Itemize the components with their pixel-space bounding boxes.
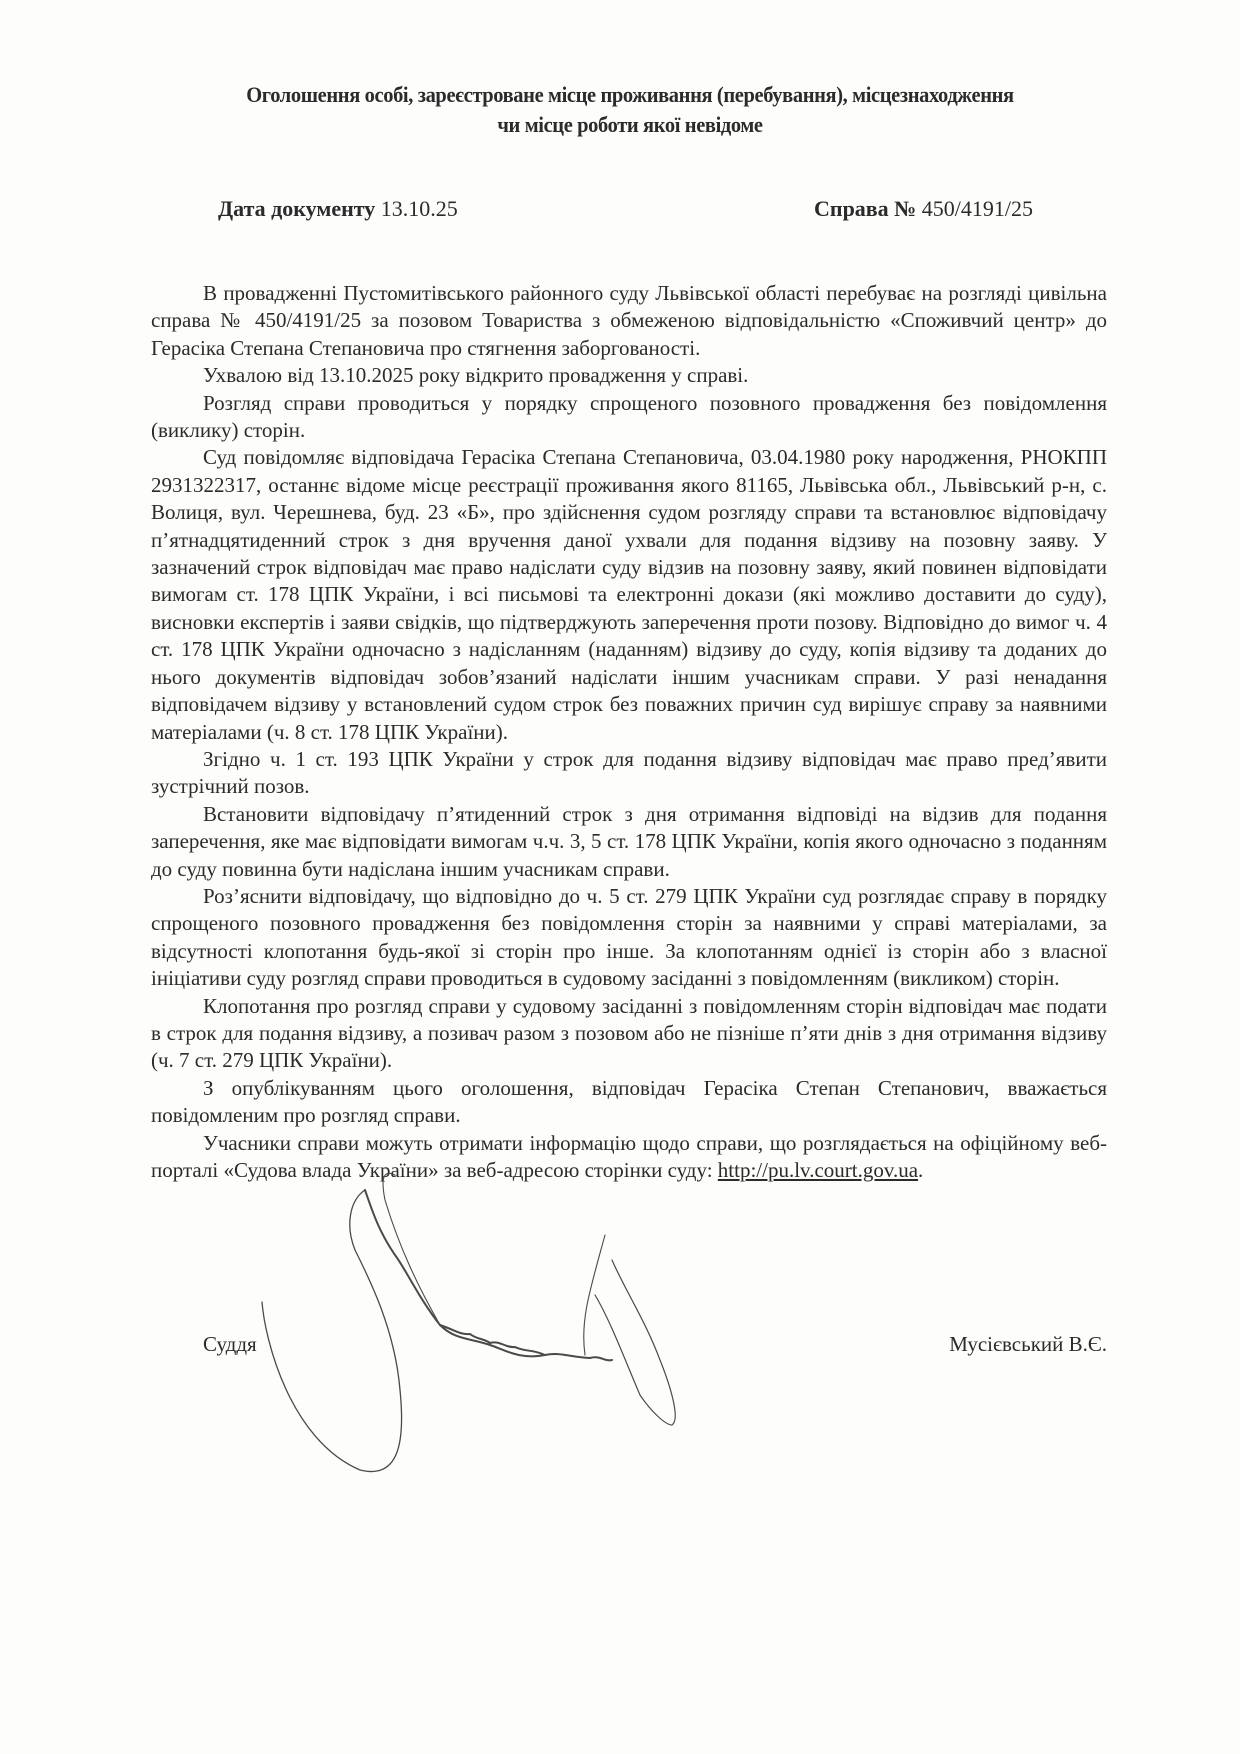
document-body: В провадженні Пустомитівського районного… — [151, 280, 1107, 1184]
paragraph: З опублікуванням цього оголошення, відпо… — [151, 1075, 1107, 1130]
paragraph-end: . — [918, 1158, 923, 1182]
case-number: Справа № 450/4191/25 — [814, 195, 1033, 223]
paragraph-text: Учасники справи можуть отримати інформац… — [151, 1131, 1107, 1182]
paragraph: Згідно ч. 1 ст. 193 ЦПК України у строк … — [151, 746, 1107, 801]
date-value: 13.10.25 — [381, 196, 458, 221]
document-title: Оголошення особі, зареєстроване місце пр… — [165, 80, 1095, 140]
paragraph: Клопотання про розгляд справи у судовому… — [151, 993, 1107, 1075]
signature-role: Суддя — [203, 1330, 257, 1358]
court-url-link[interactable]: http://pu.lv.court.gov.ua — [718, 1158, 918, 1182]
title-line-1: Оголошення особі, зареєстроване місце пр… — [165, 80, 1095, 110]
paragraph-with-link: Учасники справи можуть отримати інформац… — [151, 1130, 1107, 1185]
paragraph: Розгляд справи проводиться у порядку спр… — [151, 390, 1107, 445]
paragraph: В провадженні Пустомитівського районного… — [151, 280, 1107, 362]
paragraph: Роз’яснити відповідачу, що відповідно до… — [151, 883, 1107, 993]
date-label: Дата документу — [218, 196, 375, 221]
paragraph: Ухвалою від 13.10.2025 року відкрито про… — [151, 362, 1107, 389]
document-date: Дата документу 13.10.25 — [218, 195, 458, 223]
document-page: Оголошення особі, зареєстроване місце пр… — [0, 0, 1240, 1754]
case-value: 450/4191/25 — [922, 196, 1033, 221]
case-label: Справа № — [814, 196, 916, 221]
title-line-2: чи місце роботи якої невідоме — [165, 110, 1095, 140]
paragraph: Суд повідомляє відповідача Герасіка Степ… — [151, 444, 1107, 745]
paragraph: Встановити відповідачу п’ятиденний строк… — [151, 801, 1107, 883]
signature-name: Мусієвський В.Є. — [949, 1330, 1107, 1358]
